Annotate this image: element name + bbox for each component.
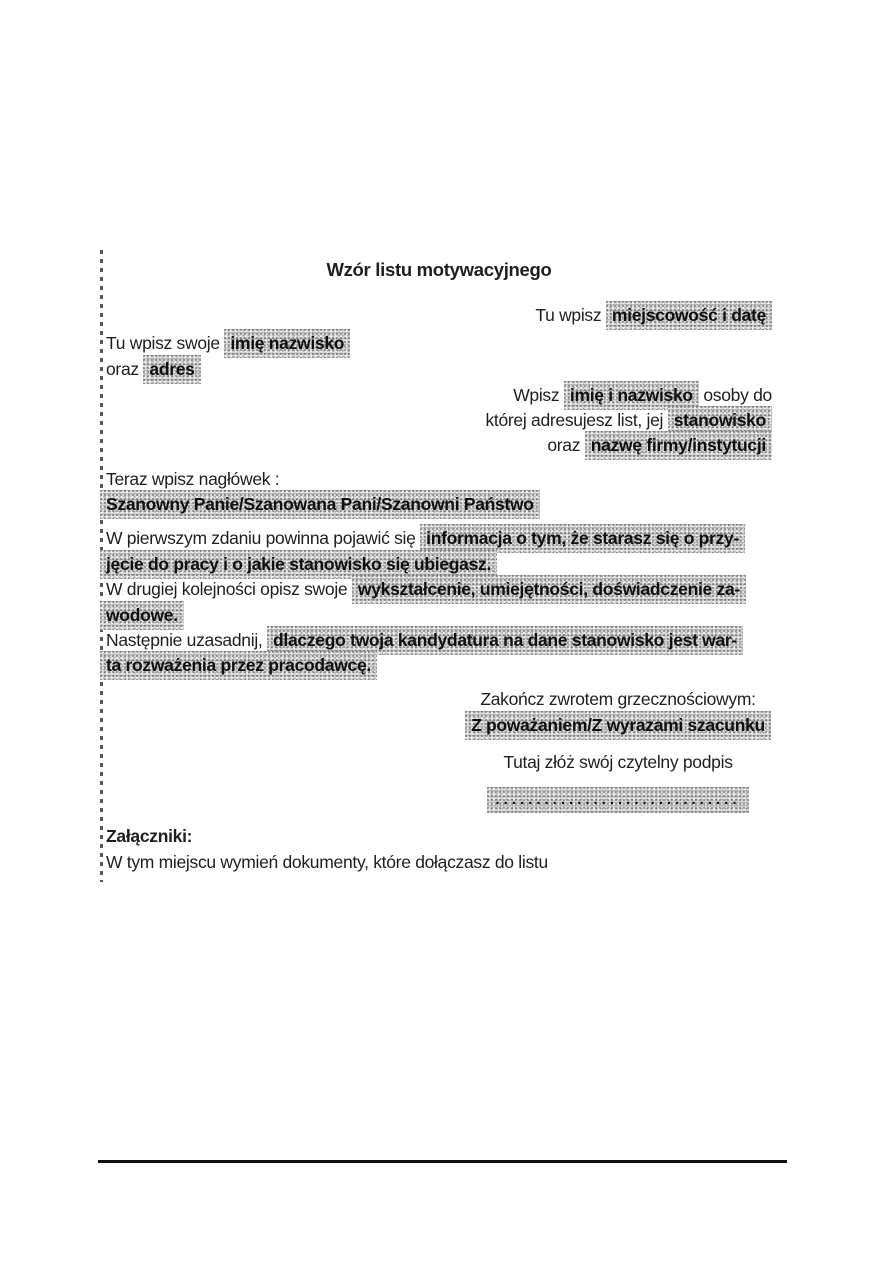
recipient-hint-text-2: której adresujesz list, jej: [485, 410, 663, 430]
recipient-hint-text: Wpisz: [513, 385, 559, 405]
page-title: Wzór listu motywacyjnego: [106, 257, 772, 283]
attachments-heading: Załączniki:: [106, 823, 772, 849]
date-hint-text: Tu wpisz: [535, 305, 601, 325]
recipient-hint-text-post: osoby do: [703, 385, 772, 405]
signature-dots-placeholder: ..............................: [487, 787, 748, 813]
recipient-company-placeholder: nazwę firmy/instytucji: [585, 431, 772, 460]
date-hint-line: Tu wpisz miejscowość i datę: [106, 301, 772, 330]
sender-hint-text: Tu wpisz swoje: [106, 333, 220, 353]
body-placeholder-3: wykształcenie, umiejętności, doświadczen…: [352, 575, 746, 604]
closing-hint-line: Zakończ zwrotem grzecznościowym:: [456, 686, 780, 712]
sender-hint-text-2: oraz: [106, 359, 139, 379]
body-placeholder-1: informacja o tym, że starasz się o przy-: [420, 524, 745, 553]
recipient-hint-text-3: oraz: [547, 435, 580, 455]
body-line-6: ta rozważenia przez pracodawcę.: [106, 651, 772, 680]
sender-name-placeholder: imię nazwisko: [224, 329, 350, 358]
body-hint-text-5: Następnie uzasadnij,: [106, 630, 262, 650]
body-line-3: W drugiej kolejności opisz swoje wykszta…: [106, 575, 772, 604]
body-hint-text-1: W pierwszym zdaniu powinna pojawić się: [106, 528, 416, 548]
recipient-line-3: oraz nazwę firmy/instytucji: [106, 431, 772, 460]
salutation-placeholder: Szanowny Panie/Szanowana Pani/Szanowni P…: [100, 490, 540, 519]
body-line-1: W pierwszym zdaniu powinna pojawić się i…: [106, 524, 772, 553]
body-placeholder-6: ta rozważenia przez pracodawcę.: [100, 651, 377, 680]
salutation-line: Szanowny Panie/Szanowana Pani/Szanowni P…: [106, 490, 772, 519]
attachments-hint-line: W tym miejscu wymień dokumenty, które do…: [106, 849, 772, 875]
date-placeholder: miejscowość i datę: [606, 301, 772, 330]
body-hint-text-3: W drugiej kolejności opisz swoje: [106, 579, 347, 599]
scanned-letter-template-page: Wzór listu motywacyjnego Tu wpisz miejsc…: [0, 0, 893, 1263]
sender-line-1: Tu wpisz swoje imię nazwisko: [106, 329, 772, 358]
salutation-hint-line: Teraz wpisz nagłówek :: [106, 466, 772, 492]
closing-line: Z poważaniem/Z wyrazami szacunku: [456, 711, 780, 740]
signature-hint-line: Tutaj złóż swój czytelny podpis: [456, 749, 780, 775]
sender-address-placeholder: adres: [143, 355, 200, 384]
closing-placeholder: Z poważaniem/Z wyrazami szacunku: [465, 711, 771, 740]
signature-dots-line: ..............................: [456, 785, 780, 813]
bottom-rule: [98, 1160, 787, 1163]
sender-line-2: oraz adres: [106, 355, 772, 384]
